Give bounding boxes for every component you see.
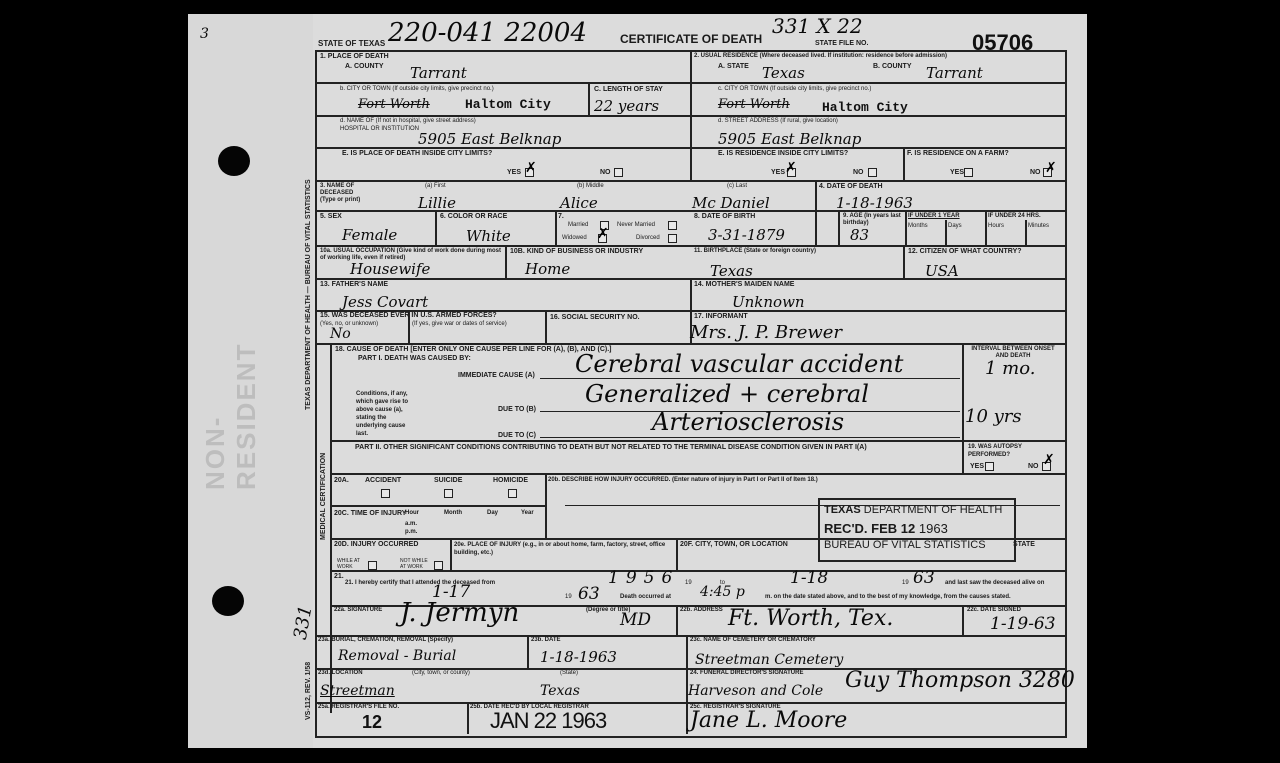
stamp-dept: DEPARTMENT OF HEALTH: [864, 504, 1003, 516]
race-label: 6. COLOR OR RACE: [440, 213, 507, 220]
informant: Mrs. J. P. Brewer: [690, 322, 842, 343]
location-label: 23d. LOCATION: [318, 670, 363, 676]
length-of-stay: 22 years: [594, 97, 659, 115]
side-title: TEXAS DEPARTMENT OF HEALTH — BUREAU OF V…: [305, 150, 312, 410]
under-24hrs-label: IF UNDER 24 HRS.: [988, 213, 1041, 219]
under-1yr-label: IF UNDER 1 YEAR: [908, 213, 960, 219]
year-label: Year: [521, 510, 534, 516]
funeral-home: Harveson and Cole: [688, 683, 823, 699]
stamp-texas: TEXAS: [824, 504, 861, 516]
death-at-label: Death occurred at: [620, 594, 671, 600]
physician-address-label: 22b. ADDRESS: [680, 607, 723, 613]
physician-signature-label: 22a. SIGNATURE: [334, 607, 382, 613]
farm-label: f. IS RESIDENCE ON A FARM?: [907, 150, 1009, 157]
mother-label: 14. MOTHER'S MAIDEN NAME: [694, 281, 794, 288]
last-seen-year: 63: [578, 584, 600, 604]
physician-signature: J. Jermyn: [400, 598, 519, 628]
homicide-checkbox[interactable]: [508, 489, 517, 498]
minutes-label: Minutes: [1028, 223, 1049, 229]
attended-from-year: 1956: [608, 568, 679, 588]
father-name: Jess Covart: [342, 293, 428, 311]
hour-label: Hour: [405, 510, 419, 516]
physician-degree: MD: [620, 610, 651, 630]
state-sub-label: (State): [560, 670, 578, 676]
check-mark-icon: ✗: [1045, 160, 1057, 176]
citizen: USA: [925, 262, 959, 280]
mother-maiden-name: Unknown: [732, 293, 805, 311]
months-label: Months: [908, 223, 928, 229]
middle-name-label: (b) Middle: [577, 183, 604, 189]
date-of-death: 1-18-1963: [836, 194, 913, 212]
physician-address: Ft. Worth, Tex.: [728, 606, 893, 631]
check-mark-icon: ✗: [525, 160, 537, 176]
first-name-label: (a) First: [425, 183, 446, 189]
divorced-label: Divorced: [636, 235, 660, 241]
pod-city: Haltom City: [465, 97, 551, 112]
suicide-checkbox[interactable]: [444, 489, 453, 498]
death-time: 4:45 p: [700, 584, 745, 600]
dob-label: 8. DATE OF BIRTH: [694, 213, 755, 220]
citizen-label: 12. CITIZEN OF WHAT COUNTRY?: [908, 248, 1022, 255]
sex-label: 5. SEX: [320, 213, 342, 220]
days-label: Days: [948, 223, 962, 229]
day-label: Day: [487, 510, 498, 516]
pod-yes-label: YES: [507, 169, 521, 176]
ssn-label: 16. SOCIAL SECURITY NO.: [550, 314, 640, 321]
never-married-label: Never Married: [617, 222, 655, 228]
place-of-death-label: 1. PLACE OF DEATH: [320, 53, 389, 60]
registrar-file-number: 12: [362, 712, 382, 733]
birthplace: Texas: [710, 262, 753, 280]
cert-number: 21.: [334, 573, 344, 580]
cemetery: Streetman Cemetery: [695, 652, 843, 668]
res-city-struck: Fort Worth: [718, 97, 790, 112]
residence-label: 2. USUAL RESIDENCE (Where deceased lived…: [694, 53, 947, 59]
cause-label: 18. CAUSE OF DEATH [Enter only one cause…: [335, 346, 612, 353]
not-at-work-label: NOT WHILE AT WORK: [400, 558, 432, 570]
pod-city-label: b. CITY OR TOWN (If outside city limits,…: [340, 86, 494, 92]
autopsy-no-label: NO: [1028, 463, 1039, 470]
armed-forces-label: 15. WAS DECEASED EVER IN U.S. ARMED FORC…: [320, 312, 497, 319]
burial-location-state: Texas: [540, 683, 580, 699]
burial-date: 1-18-1963: [540, 648, 617, 666]
date-signed: 1-19-63: [990, 614, 1056, 634]
certificate-title: CERTIFICATE OF DEATH: [620, 32, 762, 46]
res-county: Tarrant: [926, 64, 983, 82]
check-mark-icon: ✗: [785, 160, 797, 176]
sex: Female: [342, 226, 397, 244]
last-name: Mc Daniel: [692, 194, 770, 212]
age: 83: [850, 226, 869, 244]
res-inside-limits-label: e. IS RESIDENCE INSIDE CITY LIMITS?: [718, 150, 848, 157]
married-label: Married: [568, 222, 588, 228]
farm-no-label: NO: [1030, 169, 1041, 176]
stamp-bureau: BUREAU OF VITAL STATISTICS: [824, 539, 986, 551]
res-no-checkbox[interactable]: [868, 168, 877, 177]
due-to-b-line1: Generalized + cerebral: [585, 380, 869, 408]
disposition: Removal - Burial: [338, 648, 456, 664]
stamp-date: FEB 12: [871, 521, 915, 536]
res-yes-label: YES: [771, 169, 785, 176]
res-city-label: c. CITY OR TOWN (If outside city limits,…: [718, 86, 871, 92]
nineteen-label-2: 19: [902, 580, 909, 586]
length-of-stay-label: c. LENGTH OF STAY: [594, 86, 663, 93]
ghost-stamp: NON-RESIDENT: [200, 270, 230, 490]
res-street-label: d. STREET ADDRESS (If rural, give locati…: [718, 118, 838, 124]
due-to-c-label: DUE TO (c): [498, 432, 536, 439]
marital-label: 7.: [558, 213, 564, 220]
cemetery-label: 23c. NAME OF CEMETERY OR CREMATORY: [690, 637, 816, 643]
conditions-note: Conditions, if any, which gave rise to a…: [356, 390, 416, 438]
farm-yes-checkbox[interactable]: [964, 168, 973, 177]
due-to-b-line2: Arteriosclerosis: [652, 408, 844, 436]
handwritten-code-right: 331 X 22: [772, 14, 863, 38]
name-label: 3. NAME OF DECEASED (Type or print): [320, 183, 368, 204]
form-number: VS-112, REV. 1/58: [305, 640, 312, 720]
nineteen-label-3: 19: [565, 594, 572, 600]
received-stamp: TEXAS DEPARTMENT OF HEALTH REC'D. FEB 12…: [818, 498, 1016, 562]
res-state-label: a. STATE: [718, 63, 749, 70]
res-street: 5905 East Belknap: [718, 130, 861, 148]
farm-yes-label: YES: [950, 169, 964, 176]
burial-date-label: 23b. DATE: [531, 637, 561, 643]
punch-hole-bottom: [212, 586, 244, 616]
while-at-work-checkbox[interactable]: [368, 561, 377, 570]
suicide-label: SUICIDE: [434, 477, 462, 484]
occupation: Housewife: [350, 260, 430, 278]
pm-label: p.m.: [405, 529, 417, 535]
handwritten-code-left: 220-041 22004: [388, 18, 587, 48]
registrar-signature: Jane L. Moore: [690, 708, 847, 733]
res-state: Texas: [762, 64, 805, 82]
business: Home: [525, 260, 570, 278]
res-no-label: NO: [853, 169, 864, 176]
business-label: 10b. KIND OF BUSINESS OR INDUSTRY: [510, 248, 643, 255]
homicide-label: HOMICIDE: [493, 477, 528, 484]
while-at-work-label: WHILE AT WORK: [337, 558, 365, 570]
armed-forces: No: [330, 326, 351, 342]
res-city: Haltom City: [822, 100, 908, 115]
pod-county-label: a. COUNTY: [345, 63, 384, 70]
injury-state-label: STATE: [1013, 541, 1035, 548]
not-at-work-checkbox[interactable]: [434, 561, 443, 570]
widowed-label: Widowed: [562, 235, 587, 241]
time-of-injury-label: 20c. TIME OF INJURY: [334, 510, 406, 517]
am-label: a.m.: [405, 521, 417, 527]
age-label: 9. AGE (In years last birthday): [843, 213, 903, 227]
stamp-recd: REC'D.: [824, 521, 868, 536]
interval-b: 10 yrs: [965, 406, 1022, 427]
stamp-year: 1963: [919, 521, 948, 536]
never-married-checkbox[interactable]: [668, 221, 677, 230]
pod-inside-limits-label: e. IS PLACE OF DEATH INSIDE CITY LIMITS?: [342, 150, 492, 157]
immediate-cause-label: IMMEDIATE CAUSE (a): [458, 372, 535, 379]
res-county-label: b. COUNTY: [873, 63, 912, 70]
location-sub-label: (City, town, or county): [412, 670, 470, 676]
autopsy-yes-label: YES: [970, 463, 984, 470]
attended-to-year: 63: [913, 568, 935, 588]
pod-no-label: NO: [600, 169, 611, 176]
dod-label: 4. DATE OF DEATH: [819, 183, 883, 190]
middle-name: Alice: [560, 194, 598, 212]
nineteen-label: 19: [685, 580, 692, 586]
death-tail-text: m. on the date stated above, and to the …: [765, 594, 1011, 600]
race: White: [466, 227, 511, 245]
corner-note: 3: [200, 26, 209, 42]
accident-label: ACCIDENT: [365, 477, 401, 484]
date-signed-label: 22c. DATE SIGNED: [967, 607, 1021, 613]
interval-a: 1 mo.: [985, 358, 1035, 379]
state-label: STATE OF TEXAS: [318, 39, 385, 48]
last-seen-label: and last saw the deceased alive on: [945, 580, 1044, 586]
due-to-b-label: DUE TO (b): [498, 406, 536, 413]
part2-label: PART II. OTHER SIGNIFICANT CONDITIONS CO…: [355, 444, 867, 451]
injury-city-label: 20f. CITY, TOWN, OR LOCATION: [680, 541, 788, 548]
part1-label: PART I. DEATH WAS CAUSED BY:: [358, 355, 471, 362]
hospital: 5905 East Belknap: [418, 130, 561, 148]
father-label: 13. FATHER'S NAME: [320, 281, 388, 288]
funeral-director-signature: Guy Thompson 3280: [845, 668, 1075, 693]
burial-location-city: Streetman: [320, 683, 395, 699]
registrar-date: JAN 22 1963: [490, 708, 606, 734]
injury-type-label: 20a.: [334, 477, 349, 484]
immediate-cause: Cerebral vascular accident: [575, 350, 903, 378]
punch-hole-top: [218, 146, 250, 176]
funeral-director-label: 24. FUNERAL DIRECTOR'S SIGNATURE: [690, 670, 803, 676]
registrar-file-label: 25a. REGISTRAR'S FILE NO.: [318, 704, 399, 710]
autopsy-yes-checkbox[interactable]: [985, 462, 994, 471]
pod-city-struck: Fort Worth: [358, 97, 430, 112]
certification-label: 21. I hereby certify that I attended the…: [345, 580, 495, 586]
state-file-label: STATE FILE NO.: [815, 40, 868, 47]
injury-occurred-label: 20d. INJURY OCCURRED: [334, 541, 418, 548]
disposition-label: 23a. BURIAL, CREMATION, REMOVAL (Specify…: [318, 637, 453, 643]
place-of-injury-label: 20e. PLACE OF INJURY (e.g., in or about …: [454, 541, 674, 557]
hours-label: Hours: [988, 223, 1004, 229]
date-of-birth: 3-31-1879: [708, 226, 785, 244]
pod-no-checkbox[interactable]: [614, 168, 623, 177]
armed-service-label: (If yes, give war or dates of service): [412, 321, 507, 327]
birthplace-label: 11. BIRTHPLACE (State or foreign country…: [694, 248, 816, 254]
attended-to-date: 1-18: [790, 568, 828, 588]
pod-county: Tarrant: [410, 64, 467, 82]
check-mark-icon: ✗: [597, 226, 609, 242]
informant-label: 17. INFORMANT: [694, 313, 748, 320]
divorced-checkbox[interactable]: [668, 234, 677, 243]
injury-describe-label: 20b. DESCRIBE HOW INJURY OCCURRED. (Ente…: [548, 477, 818, 483]
check-mark-icon: ✗: [1043, 452, 1055, 468]
first-name: Lillie: [418, 194, 456, 212]
last-name-label: (c) Last: [727, 183, 747, 189]
accident-checkbox[interactable]: [381, 489, 390, 498]
month-label: Month: [444, 510, 462, 516]
